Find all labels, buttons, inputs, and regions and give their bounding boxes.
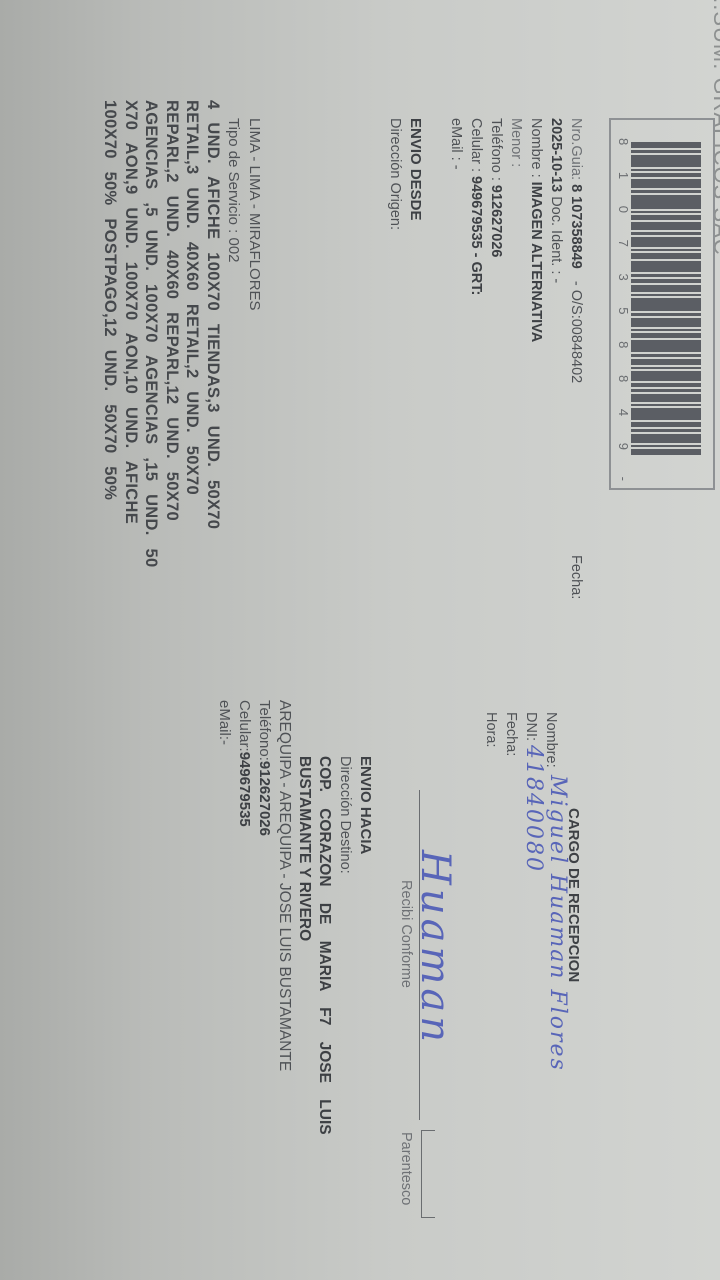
envio-hacia-title: ENVIO HACIA	[357, 756, 374, 854]
handwritten-receiver-name: Miguel Huaman Flores	[545, 775, 570, 1072]
destination-email: eMail:-	[215, 700, 234, 745]
signature-line	[419, 790, 420, 1120]
handwritten-dni: 41840080	[521, 745, 546, 873]
dni-label: DNI:	[521, 712, 540, 741]
tipo-servicio: Tipo de Servicio : 002	[224, 118, 243, 263]
items-line: X70 AON,9 UND. 100X70 AON,10 UND. AFICHE	[121, 100, 142, 567]
shipping-guide-document: ...SUM. GRAFICOS SAC 8107358849- Nro.Gui…	[0, 0, 720, 1280]
items-line: 100X70 50% POSTPAGO,12 UND. 50X70 50%	[100, 100, 121, 567]
destination-address-line2: BUSTAMANTE Y RIVERO	[295, 756, 314, 941]
destination-address-line1: COP. CORAZON DE MARIA F7 JOSE LUIS	[315, 756, 334, 1135]
direccion-destino-label: Dirección Destino:	[335, 756, 354, 874]
date-value: 2025-10-13	[548, 118, 564, 192]
items-line: RETAIL,3 UND. 40X60 RETAIL,2 UND. 50X70	[182, 100, 203, 567]
items-line: AGENCIAS ,5 UND. 100X70 AGENCIAS ,15 UND…	[141, 100, 162, 567]
destination-telefono-line: Teléfono:912627026	[255, 700, 274, 836]
recibi-conforme-label: Recibi Conforme	[396, 880, 415, 988]
direccion-origen-label: Dirección Origen:	[385, 118, 404, 230]
sender-name: IMAGEN ALTERNATIVA	[528, 182, 544, 343]
menor-label: Menor :	[506, 118, 525, 167]
destination-celular-line: Celular:949679535	[235, 700, 254, 827]
items-list: 4 UND. AFICHE 100X70 TIENDAS,3 UND. 50X7…	[100, 100, 223, 567]
recepcion-hora-label: Hora:	[481, 712, 500, 747]
items-line: REPARL,2 UND. 40X60 REPARL,12 UND. 50X70	[162, 100, 183, 567]
envio-desde-title: ENVIO DESDE	[407, 118, 424, 221]
parentesco-label: Parentesco	[396, 1132, 415, 1205]
origin-location: LIMA - LIMA - MIRAFLORES	[245, 118, 264, 311]
fecha-label: Fecha:	[566, 555, 585, 599]
destination-location: AREQUIPA - AREQUIPA - JOSE LUIS BUSTAMAN…	[275, 700, 294, 1071]
telefono-line: Teléfono : 912627026	[486, 118, 505, 258]
guide-number-line: Nro.Guia: 8 107358849 - O/S:00848402	[566, 118, 585, 383]
os-number: 00848402	[568, 319, 584, 384]
email-line: eMail : -	[446, 118, 465, 170]
barcode-box: 8107358849-	[609, 118, 715, 490]
barcode	[631, 142, 701, 477]
guide-number: 8 107358849	[568, 184, 584, 269]
nombre-line: Nombre : IMAGEN ALTERNATIVA	[526, 118, 545, 342]
celular-line: Celular : 949679535 - GRT:	[466, 118, 485, 295]
recepcion-fecha-label: Fecha:	[501, 712, 520, 756]
items-line: 4 UND. AFICHE 100X70 TIENDAS,3 UND. 50X7…	[203, 100, 224, 567]
parentesco-box	[421, 1130, 435, 1218]
barcode-number: 8107358849-	[616, 138, 631, 483]
date-line: 2025-10-13 Doc. Ident. : -	[546, 118, 565, 283]
